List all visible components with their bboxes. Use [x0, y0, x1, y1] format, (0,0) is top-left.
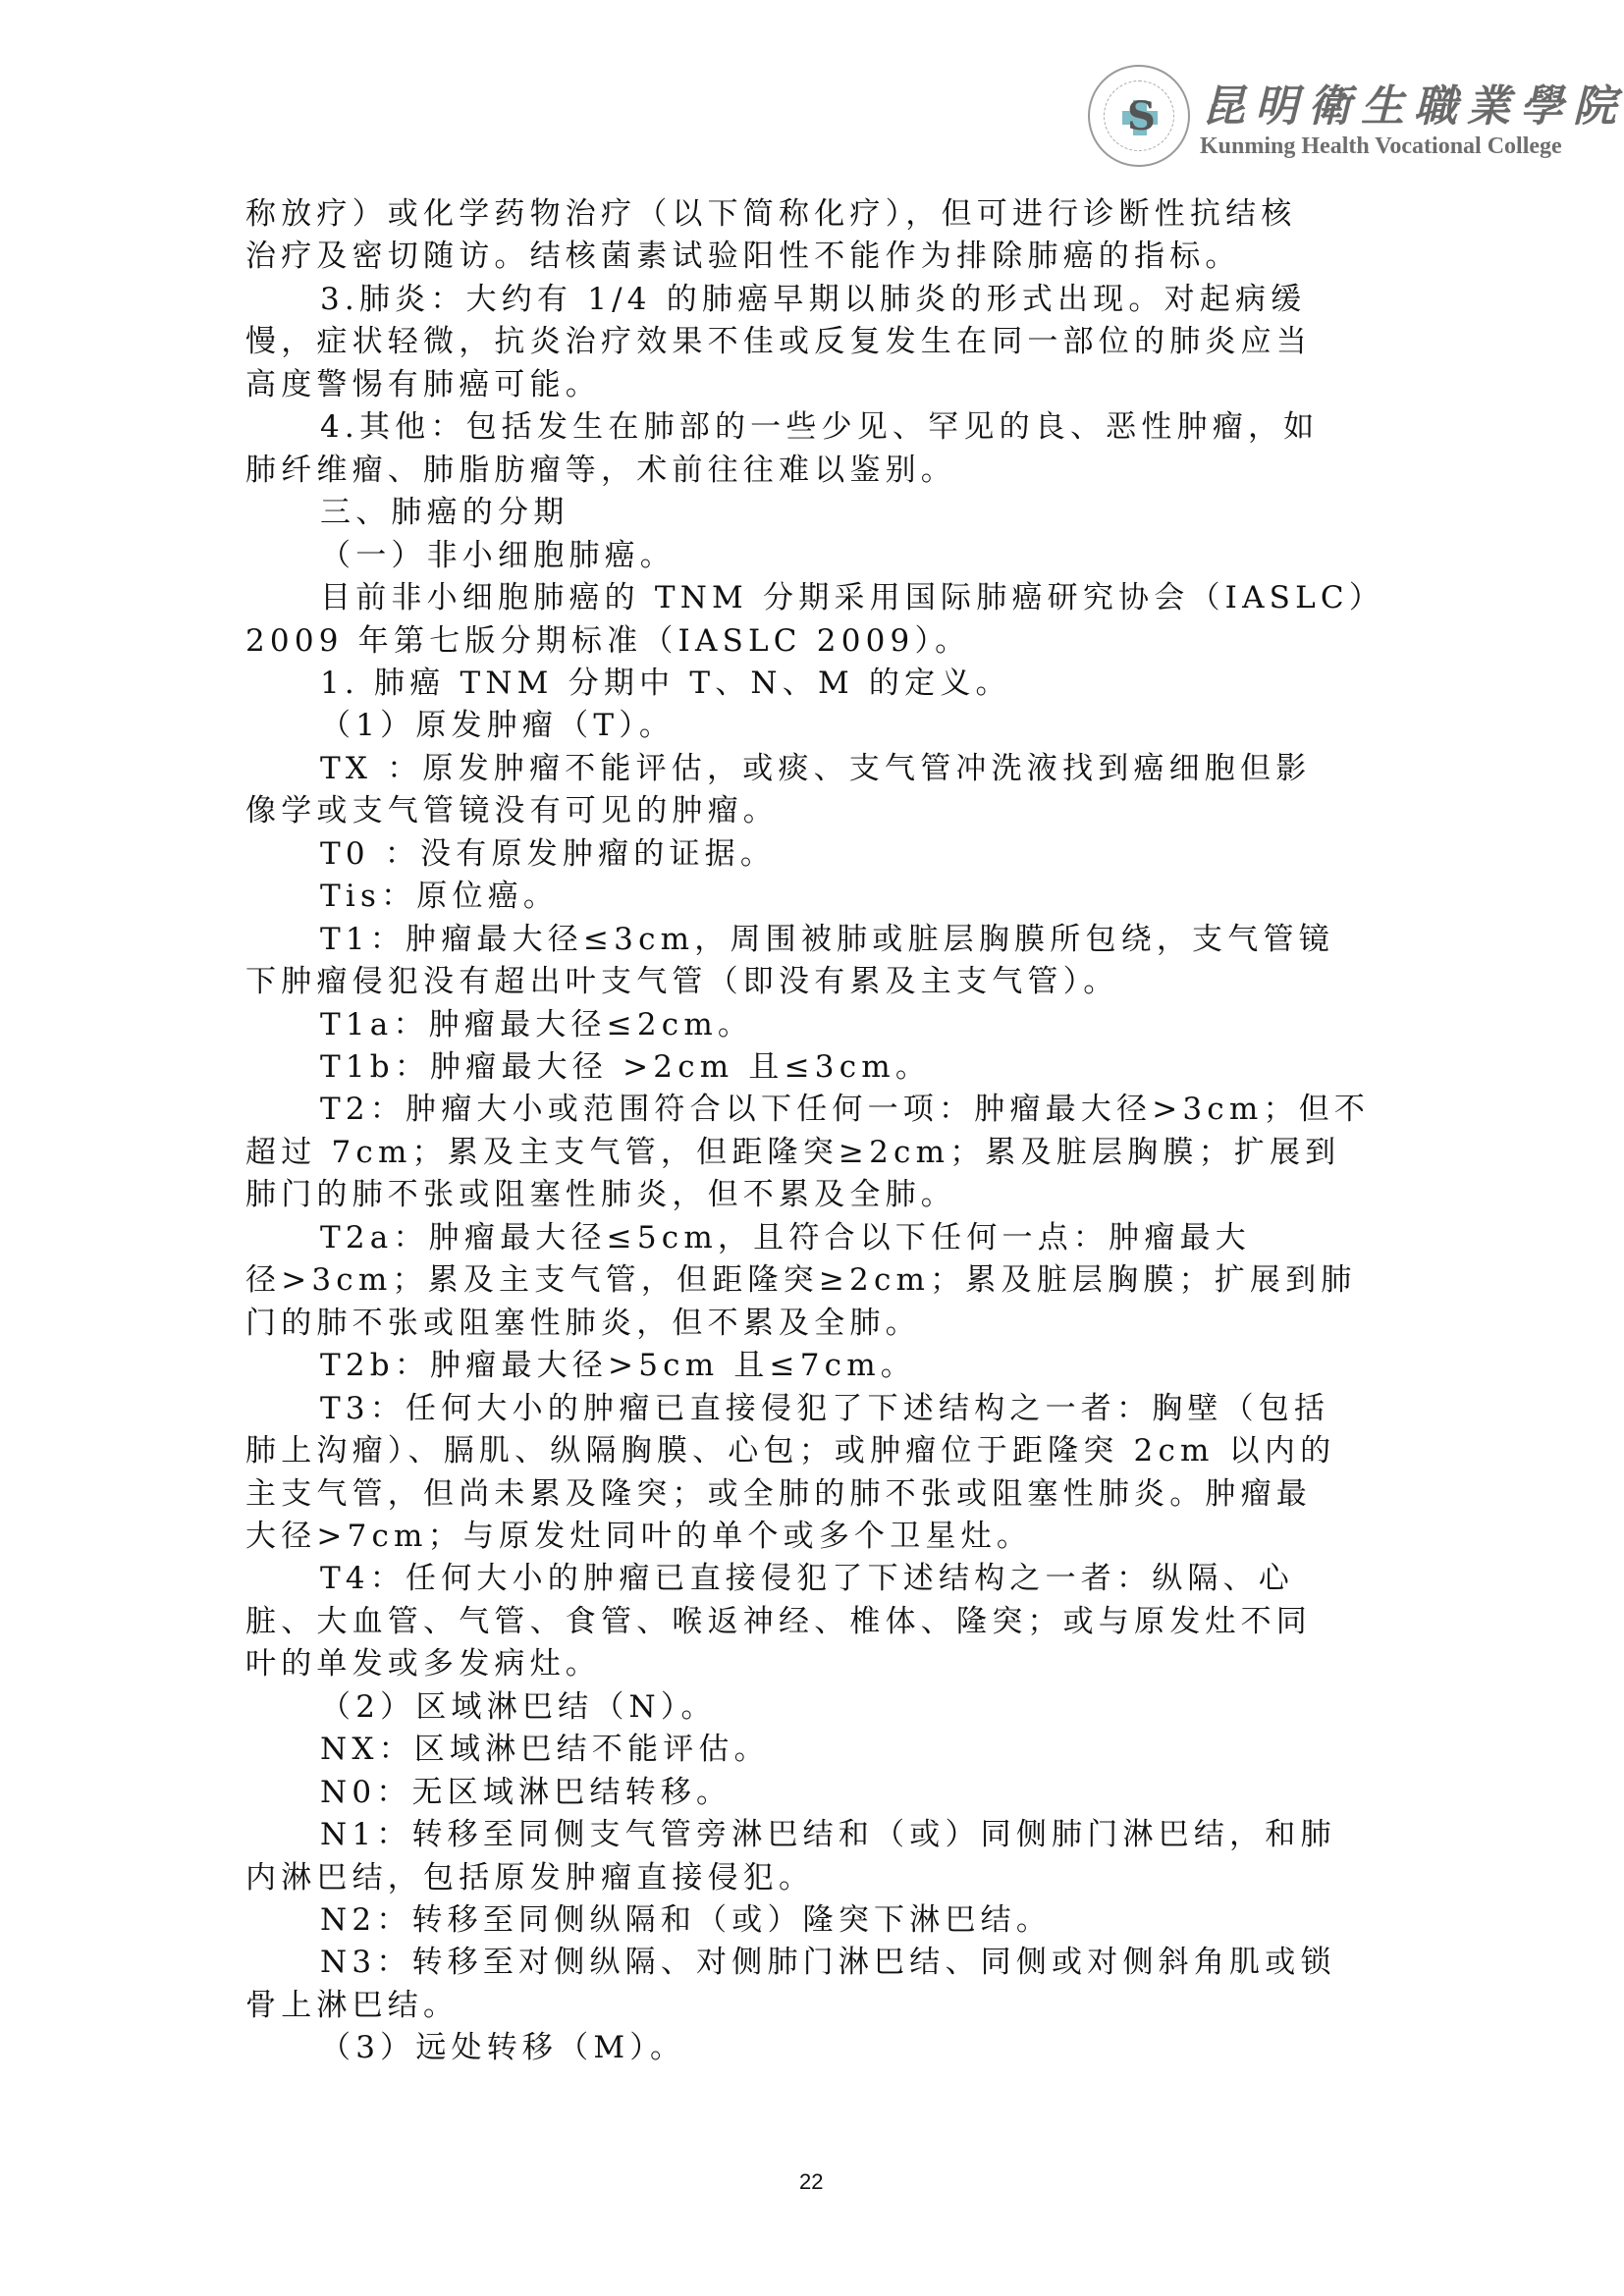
- text-line: 4.其他：包括发生在肺部的一些少见、罕见的良、恶性肿瘤，如: [320, 407, 1439, 447]
- text-line: T3：任何大小的肿瘤已直接侵犯了下述结构之一者：胸壁（包括: [320, 1389, 1439, 1428]
- text-line: N2：转移至同侧纵隔和（或）隆突下淋巴结。: [320, 1900, 1439, 1940]
- text-line: 主支气管，但尚未累及隆突；或全肺的肺不张或阻塞性肺炎。肿瘤最: [245, 1474, 1365, 1514]
- text-line: N0：无区域淋巴结转移。: [320, 1773, 1439, 1812]
- text-line: 高度警惕有肺癌可能。: [245, 365, 1365, 404]
- text-line: N1：转移至同侧支气管旁淋巴结和（或）同侧肺门淋巴结，和肺: [320, 1815, 1439, 1854]
- text-line: T1：肿瘤最大径≤3cm，周围被肺或脏层胸膜所包绕，支气管镜: [320, 920, 1439, 959]
- text-line: 内淋巴结，包括原发肿瘤直接侵犯。: [245, 1858, 1365, 1897]
- text-line: （一）非小细胞肺癌。: [320, 536, 1439, 575]
- page-number: 22: [799, 2169, 823, 2195]
- text-line: 1. 肺癌 TNM 分期中 T、N、M 的定义。: [320, 664, 1439, 703]
- text-line: 大径>7cm；与原发灶同叶的单个或多个卫星灶。: [245, 1517, 1365, 1556]
- text-line: 径>3cm；累及主支气管，但距隆突≥2cm；累及脏层胸膜；扩展到肺: [245, 1260, 1365, 1300]
- text-line: 慢，症状轻微，抗炎治疗效果不佳或反复发生在同一部位的肺炎应当: [245, 322, 1365, 361]
- text-line: 门的肺不张或阻塞性肺炎，但不累及全肺。: [245, 1304, 1365, 1343]
- text-line: 目前非小细胞肺癌的 TNM 分期采用国际肺癌研究协会（IASLC）: [320, 578, 1439, 617]
- text-line: TX ：原发肿瘤不能评估，或痰、支气管冲洗液找到癌细胞但影: [320, 749, 1439, 788]
- text-line: T2b：肿瘤最大径>5cm 且≤7cm。: [320, 1346, 1439, 1385]
- college-logo: S 昆明衛生職業學院 Kunming Health Vocational Col…: [1088, 65, 1540, 175]
- text-line: 肺纤维瘤、肺脂肪瘤等，术前往往难以鉴别。: [245, 451, 1365, 490]
- text-line: T2：肿瘤大小或范围符合以下任何一项：肿瘤最大径>3cm；但不: [320, 1090, 1439, 1129]
- text-line: （2）区域淋巴结（N）。: [320, 1687, 1439, 1727]
- text-line: 治疗及密切随访。结核菌素试验阳性不能作为排除肺癌的指标。: [245, 237, 1365, 276]
- text-line: Tis：原位癌。: [320, 877, 1439, 916]
- text-line: 称放疗）或化学药物治疗（以下简称化疗），但可进行诊断性抗结核: [245, 194, 1365, 234]
- text-line: 肺门的肺不张或阻塞性肺炎，但不累及全肺。: [245, 1175, 1365, 1214]
- text-line: NX：区域淋巴结不能评估。: [320, 1730, 1439, 1769]
- text-line: T4：任何大小的肿瘤已直接侵犯了下述结构之一者：纵隔、心: [320, 1559, 1439, 1598]
- college-name-chinese: 昆明衛生職業學院: [1202, 71, 1624, 133]
- text-line: 超过 7cm；累及主支气管，但距隆突≥2cm；累及脏层胸膜；扩展到: [245, 1133, 1365, 1172]
- text-line: N3：转移至对侧纵隔、对侧肺门淋巴结、同侧或对侧斜角肌或锁: [320, 1943, 1439, 1982]
- text-line: T1b：肿瘤最大径 >2cm 且≤3cm。: [320, 1047, 1439, 1087]
- text-line: T2a：肿瘤最大径≤5cm，且符合以下任何一点：肿瘤最大: [320, 1218, 1439, 1257]
- college-seal-icon: S: [1088, 65, 1190, 167]
- text-line: 三、肺癌的分期: [320, 493, 1439, 532]
- text-line: 骨上淋巴结。: [245, 1986, 1365, 2025]
- text-line: 像学或支气管镜没有可见的肿瘤。: [245, 791, 1365, 830]
- text-line: 肺上沟瘤）、膈肌、纵隔胸膜、心包；或肿瘤位于距隆突 2cm 以内的: [245, 1431, 1365, 1470]
- text-line: T1a：肿瘤最大径≤2cm。: [320, 1005, 1439, 1044]
- text-line: 3.肺炎：大约有 1/4 的肺癌早期以肺炎的形式出现。对起病缓: [320, 280, 1439, 319]
- text-line: （3）远处转移（M）。: [320, 2028, 1439, 2067]
- text-line: 下肿瘤侵犯没有超出叶支气管（即没有累及主支气管）。: [245, 962, 1365, 1001]
- serpent-icon: S: [1127, 92, 1155, 141]
- text-line: （1）原发肿瘤（T）。: [320, 706, 1439, 745]
- college-name-english: Kunming Health Vocational College: [1200, 133, 1562, 160]
- text-line: T0 ：没有原发肿瘤的证据。: [320, 834, 1439, 874]
- text-line: 叶的单发或多发病灶。: [245, 1644, 1365, 1683]
- text-line: 脏、大血管、气管、食管、喉返神经、椎体、隆突；或与原发灶不同: [245, 1602, 1365, 1641]
- text-line: 2009 年第七版分期标准（IASLC 2009）。: [245, 621, 1365, 661]
